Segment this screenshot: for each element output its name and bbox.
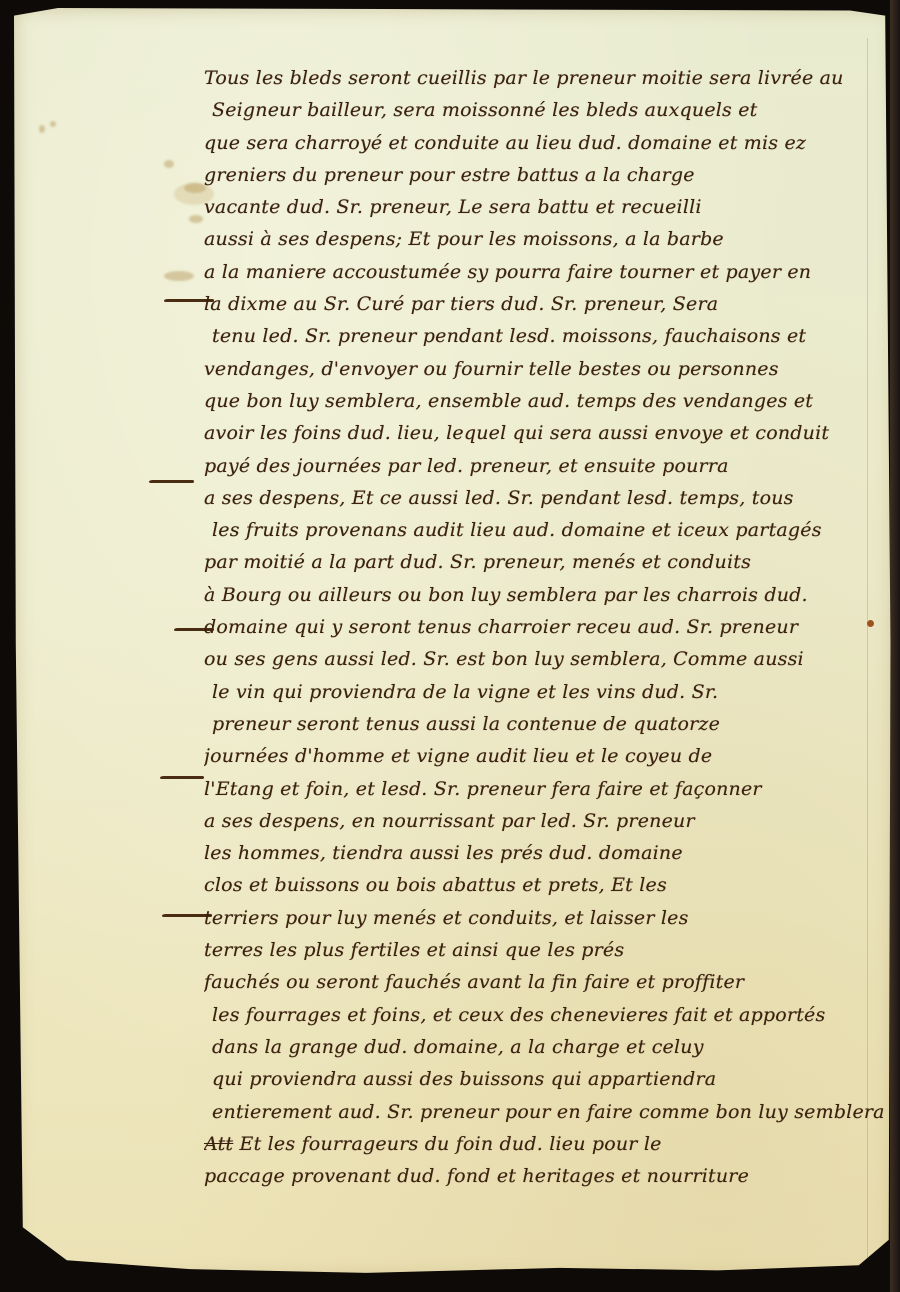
text-line: le vin qui proviendra de la vigne et les… [204, 676, 884, 708]
text-line: qui proviendra aussi des buissons qui ap… [204, 1063, 884, 1095]
ink-stain [39, 125, 45, 133]
text-line: vacante dud. Sr. preneur, Le sera battu … [204, 191, 884, 223]
margin-flourish [149, 480, 194, 483]
text-line: journées d'homme et vigne audit lieu et … [204, 740, 884, 772]
margin-flourish [160, 776, 204, 779]
ink-stain [50, 121, 56, 127]
text-line: les hommes, tiendra aussi les prés dud. … [204, 837, 884, 869]
text-line: a ses despens, Et ce aussi led. Sr. pend… [204, 482, 884, 514]
text-line: aussi à ses despens; Et pour les moisson… [204, 223, 884, 255]
text-line: payé des journées par led. preneur, et e… [204, 450, 884, 482]
manuscript-text: Tous les bleds seront cueillis par le pr… [204, 62, 884, 1192]
text-line: paccage provenant dud. fond et heritages… [204, 1160, 884, 1192]
text-line: vendanges, d'envoyer ou fournir telle be… [204, 353, 884, 385]
ink-stain [164, 271, 194, 281]
manuscript-page: Tous les bleds seront cueillis par le pr… [14, 8, 894, 1278]
text-line: entierement aud. Sr. preneur pour en fai… [204, 1096, 884, 1128]
text-line: clos et buissons ou bois abattus et pret… [204, 869, 884, 901]
text-line: la dixme au Sr. Curé par tiers dud. Sr. … [204, 288, 884, 320]
text-line: greniers du preneur pour estre battus a … [204, 159, 884, 191]
text-line: par moitié a la part dud. Sr. preneur, m… [204, 546, 884, 578]
text-line: avoir les foins dud. lieu, lequel qui se… [204, 417, 884, 449]
text-line: dans la grange dud. domaine, a la charge… [204, 1031, 884, 1063]
text-line: Att Et les fourrageurs du foin dud. lieu… [204, 1128, 884, 1160]
text-line: a ses despens, en nourrissant par led. S… [204, 805, 884, 837]
struck-word: Att [204, 1133, 233, 1155]
text-line: Tous les bleds seront cueillis par le pr… [204, 62, 884, 94]
text-line: les fourrages et foins, et ceux des chen… [204, 999, 884, 1031]
book-binding-edge [890, 0, 900, 1292]
text-line: que sera charroyé et conduite au lieu du… [204, 127, 884, 159]
text-line: ou ses gens aussi led. Sr. est bon luy s… [204, 643, 884, 675]
text-line: preneur seront tenus aussi la contenue d… [204, 708, 884, 740]
text-line: que bon luy semblera, ensemble aud. temp… [204, 385, 884, 417]
text-line: terriers pour luy menés et conduits, et … [204, 902, 884, 934]
text-line: a la maniere accoustumée sy pourra faire… [204, 256, 884, 288]
text-line: l'Etang et foin, et lesd. Sr. preneur fe… [204, 773, 884, 805]
ink-stain [164, 160, 174, 168]
ink-stain [189, 215, 203, 223]
text-line: terres les plus fertiles et ainsi que le… [204, 934, 884, 966]
text-line: tenu led. Sr. preneur pendant lesd. mois… [204, 320, 884, 352]
text-line: domaine qui y seront tenus charroier rec… [204, 611, 884, 643]
text-line: fauchés ou seront fauchés avant la fin f… [204, 966, 884, 998]
text-line-content: Et les fourrageurs du foin dud. lieu pou… [240, 1133, 662, 1155]
text-line: à Bourg ou ailleurs ou bon luy semblera … [204, 579, 884, 611]
text-line: les fruits provenans audit lieu aud. dom… [204, 514, 884, 546]
text-line: Seigneur bailleur, sera moissonné les bl… [204, 94, 884, 126]
